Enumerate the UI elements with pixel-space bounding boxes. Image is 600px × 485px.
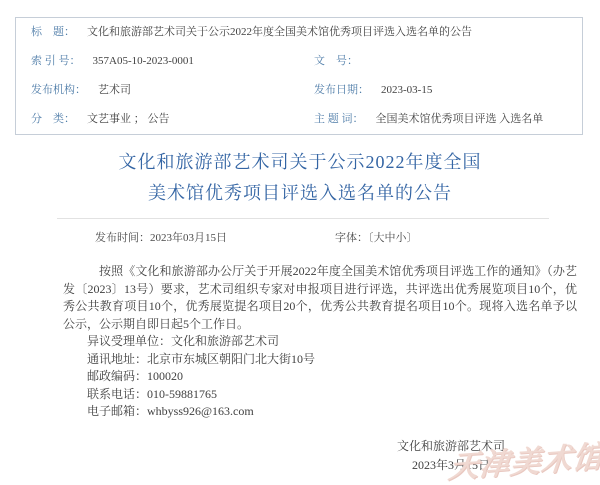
page-title: 文化和旅游部艺术司关于公示2022年度全国 美术馆优秀项目评选入选名单的公告 [30, 147, 570, 209]
agency-label: 发布机构： [31, 76, 86, 105]
index-label: 索 引 号： [31, 47, 81, 76]
index-value: 357A05-10-2023-0001 [93, 47, 194, 76]
postcode-line: 邮政编码：100020 [63, 368, 577, 386]
email-line: 电子邮箱：whbyss926@163.com [63, 403, 577, 421]
meta-cell-pubdate: 发布日期： 2023-03-15 [299, 76, 582, 105]
publish-time-value: 2023年03月15日 [150, 232, 227, 244]
article-body: 按照《文化和旅游部办公厅关于开展2022年度全国美术馆优秀项目评选工作的通知》（… [63, 263, 577, 421]
publish-info-bar: 发布时间：2023年03月15日 字体：〔大中小〕 [0, 229, 600, 245]
signature-date: 2023年3月15日 [397, 456, 505, 475]
meta-cell-subject: 主 题 词： 全国美术馆优秀项目评选 入选名单 [299, 105, 582, 134]
page-title-line2: 美术馆优秀项目评选入选名单的公告 [30, 178, 570, 209]
subject-value: 全国美术馆优秀项目评选 入选名单 [376, 105, 544, 134]
pubdate-label: 发布日期： [314, 76, 369, 105]
category-label: 分 类： [31, 105, 75, 134]
agency-value: 艺术司 [98, 76, 131, 105]
meta-row-agency-pubdate: 发布机构： 艺术司 发布日期： 2023-03-15 [16, 76, 582, 105]
title-divider [57, 218, 549, 219]
meta-cell-docnum: 文 号： [299, 47, 582, 76]
body-paragraph: 按照《文化和旅游部办公厅关于开展2022年度全国美术馆优秀项目评选工作的通知》（… [63, 263, 577, 333]
meta-row-index-docnum: 索 引 号： 357A05-10-2023-0001 文 号： [16, 47, 582, 76]
title-value: 文化和旅游部艺术司关于公示2022年度全国美术馆优秀项目评选入选名单的公告 [87, 18, 472, 47]
meta-cell-agency: 发布机构： 艺术司 [16, 76, 299, 105]
objection-unit-line: 异议受理单位：文化和旅游部艺术司 [63, 333, 577, 351]
docnum-label: 文 号： [314, 47, 358, 76]
font-size-options[interactable]: 〔大中小〕 [368, 232, 418, 244]
title-label: 标 题： [31, 18, 75, 47]
page-title-line1: 文化和旅游部艺术司关于公示2022年度全国 [30, 147, 570, 178]
meta-cell-index: 索 引 号： 357A05-10-2023-0001 [16, 47, 299, 76]
signature-org: 文化和旅游部艺术司 [397, 437, 505, 456]
phone-line: 联系电话：010-59881765 [63, 386, 577, 404]
address-line: 通讯地址：北京市东城区朝阳门北大街10号 [63, 351, 577, 369]
signature-block: 文化和旅游部艺术司 2023年3月15日 [397, 437, 505, 475]
font-size-control: 字体：〔大中小〕 [335, 229, 418, 245]
publish-time-label: 发布时间： [95, 232, 150, 244]
subject-label: 主 题 词： [314, 105, 364, 134]
font-size-label: 字体： [335, 232, 368, 244]
meta-cell-category: 分 类： 文艺事业 ； 公告 [16, 105, 299, 134]
meta-row-category-subject: 分 类： 文艺事业 ； 公告 主 题 词： 全国美术馆优秀项目评选 入选名单 [16, 105, 582, 134]
meta-row-title: 标 题： 文化和旅游部艺术司关于公示2022年度全国美术馆优秀项目评选入选名单的… [16, 18, 582, 47]
document-meta-table: 标 题： 文化和旅游部艺术司关于公示2022年度全国美术馆优秀项目评选入选名单的… [15, 17, 583, 135]
pubdate-value: 2023-03-15 [381, 76, 432, 105]
category-value: 文艺事业 ； 公告 [87, 105, 170, 134]
publish-time: 发布时间：2023年03月15日 [95, 229, 227, 245]
